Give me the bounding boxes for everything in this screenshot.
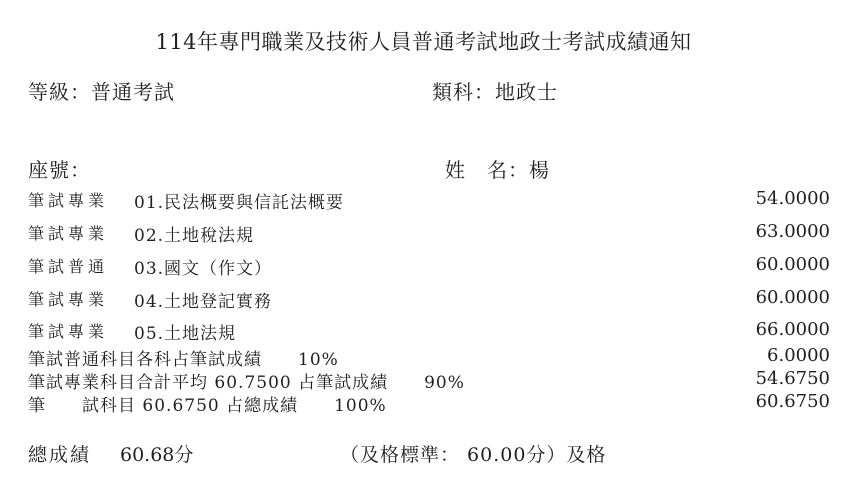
subject-row: 筆試專業 04.土地登記實務 60.0000 (0, 287, 847, 311)
summary-label: 筆試專業科目合計平均 60.7500 占筆試成績 90% (28, 368, 465, 393)
summary-row-written-total: 筆 試科目 60.6750 占總成績 100% 60.6750 (0, 391, 847, 414)
subject-category: 筆試普通 (28, 254, 108, 277)
subject-name: 04.土地登記實務 (134, 287, 272, 312)
total-score-value: 60.68分 (120, 440, 193, 467)
summary-score: 6.0000 (767, 345, 830, 366)
subject-score: 54.0000 (756, 188, 830, 209)
subject-name: 05.土地法規 (134, 319, 236, 344)
subject-row: 筆試專業 02.土地稅法規 63.0000 (0, 221, 847, 245)
summary-row-general-weight: 筆試普通科目各科占筆試成績 10% 6.0000 (0, 345, 847, 368)
subject-name: 01.民法概要與信託法概要 (134, 188, 344, 213)
summary-score: 54.6750 (756, 368, 830, 389)
subject-score: 63.0000 (756, 221, 830, 242)
subject-name: 02.土地稅法規 (134, 221, 254, 246)
total-score-label: 總成績 (28, 440, 91, 467)
exam-category-field: 類科：地政士 (432, 76, 558, 105)
subject-category: 筆試專業 (28, 188, 108, 211)
subject-row: 筆試專業 05.土地法規 66.0000 (0, 319, 847, 343)
subject-category: 筆試專業 (28, 221, 108, 244)
subject-score: 66.0000 (756, 319, 830, 340)
subject-category: 筆試專業 (28, 319, 108, 342)
score-notice-page: 114年專門職業及技術人員普通考試地政士考試成績通知 等級：普通考試 類科：地政… (0, 0, 847, 483)
document-title: 114年專門職業及技術人員普通考試地政士考試成績通知 (0, 26, 847, 56)
subject-score: 60.0000 (756, 287, 830, 308)
subject-row: 筆試普通 03.國文（作文） 60.0000 (0, 254, 847, 278)
subject-score: 60.0000 (756, 254, 830, 275)
seat-number-field: 座號： (28, 154, 91, 183)
total-score-line: 總成績 60.68分 （及格標準： 60.00分）及格 (0, 440, 847, 466)
summary-row-professional-average: 筆試專業科目合計平均 60.7500 占筆試成績 90% 54.6750 (0, 368, 847, 391)
passing-standard-note: （及格標準： 60.00分）及格 (340, 440, 606, 467)
subject-name: 03.國文（作文） (134, 254, 272, 279)
summary-label: 筆試普通科目各科占筆試成績 10% (28, 345, 339, 370)
subject-category: 筆試專業 (28, 287, 108, 310)
summary-label: 筆 試科目 60.6750 占總成績 100% (28, 391, 387, 416)
candidate-name-field: 姓 名：楊 (445, 154, 550, 183)
summary-score: 60.6750 (756, 391, 830, 412)
exam-level-field: 等級：普通考試 (28, 76, 175, 105)
subject-row: 筆試專業 01.民法概要與信託法概要 54.0000 (0, 188, 847, 212)
